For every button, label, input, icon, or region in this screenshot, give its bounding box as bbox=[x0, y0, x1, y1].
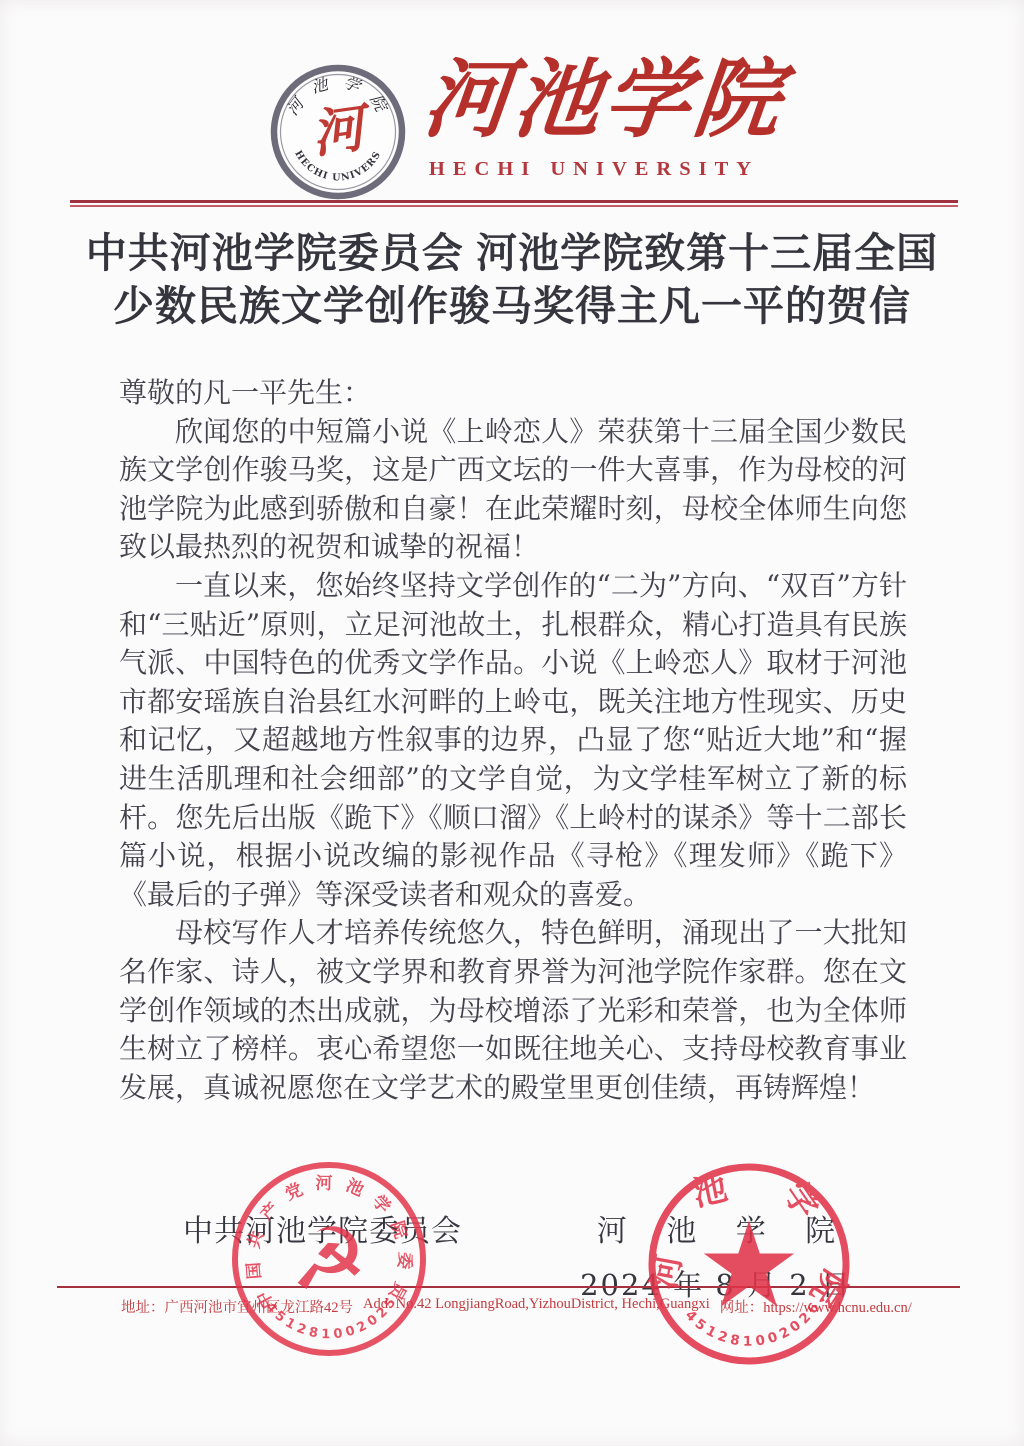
letter-body: 尊敬的凡一平先生： 欣闻您的中短篇小说《上岭恋人》荣获第十三届全国少数民族文学创… bbox=[119, 374, 907, 1107]
hammer-sickle-icon: ☭ bbox=[290, 1210, 367, 1310]
paragraph-1: 欣闻您的中短篇小说《上岭恋人》荣获第十三届全国少数民族文学创作骏马奖，这是广西文… bbox=[119, 413, 907, 567]
header-divider bbox=[70, 200, 958, 207]
paragraph-2: 一直以来，您始终坚持文学创作的“二为”方向、“双百”方针和“三贴近”原则，立足河… bbox=[119, 567, 907, 914]
university-stamp: 河池学院 4512810020268 ★ bbox=[645, 1160, 853, 1368]
letter-page: 河池学院 HECHI UNIVERSITY 河 河池学院 HECHI UNIVE… bbox=[0, 0, 1024, 1446]
title-line-1: 中共河池学院委员会 河池学院致第十三届全国 bbox=[0, 227, 1024, 280]
university-emblem: 河池学院 HECHI UNIVERSITY 河 bbox=[268, 62, 408, 202]
party-committee-stamp: 中国共产党河池学院委员会 4512810020258 ☭ bbox=[229, 1159, 429, 1359]
title-line-2: 少数民族文学创作骏马奖得主凡一平的贺信 bbox=[0, 280, 1024, 333]
salutation: 尊敬的凡一平先生： bbox=[119, 374, 907, 413]
paragraph-3: 母校写作人才培养传统悠久，特色鲜明，涌现出了一大批知名作家、诗人，被文学界和教育… bbox=[119, 914, 907, 1107]
document-title: 中共河池学院委员会 河池学院致第十三届全国 少数民族文学创作骏马奖得主凡一平的贺… bbox=[0, 227, 1024, 333]
brand-english-name: HECHI UNIVERSITY bbox=[424, 158, 764, 181]
brand-calligraphy: 河池学院 bbox=[418, 44, 782, 156]
star-icon: ★ bbox=[696, 1196, 802, 1334]
